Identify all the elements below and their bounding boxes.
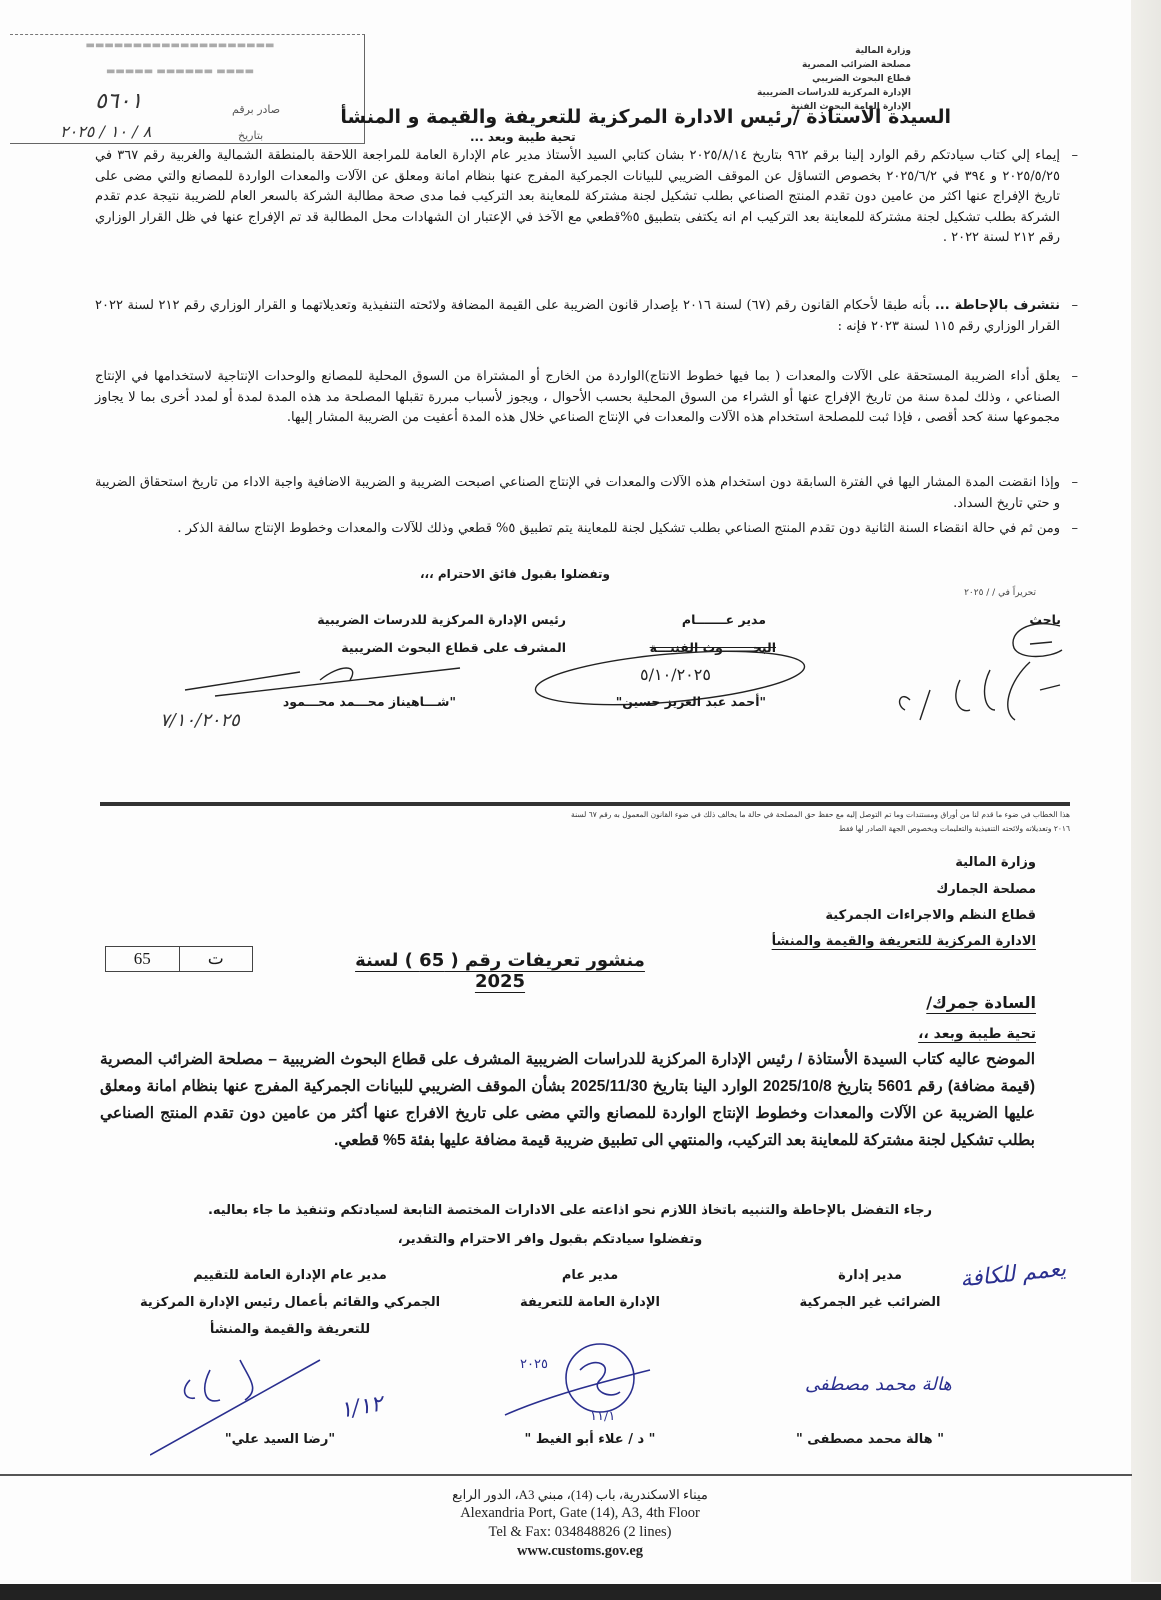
signature-alaa-stamp: ٢٠٢٥ ١١/١ bbox=[500, 1340, 660, 1430]
org-ministry: وزارة المالية bbox=[955, 855, 1036, 870]
letter-paragraph: – يعلق أداء الضريبة المستحقة على الآلات … bbox=[95, 367, 1060, 473]
margin-handwritten-note: يعمم للكافة bbox=[959, 1257, 1067, 1293]
gm-title-line1: مدير عـــــــام bbox=[682, 612, 766, 627]
header-line: مصلحة الضرائب المصرية bbox=[757, 58, 911, 72]
signatory-title-line: مدير عام الإدارة العامة للتقييم bbox=[120, 1262, 460, 1289]
letter-paragraph: – ومن ثم في حالة انقضاء السنة الثانية دو… bbox=[95, 519, 1060, 563]
signatory-tax-manager: مدير إدارة الضرائب غير الجمركية bbox=[770, 1262, 970, 1316]
letter-addressee: السيدة الاستاذة /رئيس الادارة المركزية ل… bbox=[340, 106, 951, 128]
header-line: وزارة المالية bbox=[757, 44, 911, 58]
bullet-dash: – bbox=[1072, 367, 1079, 388]
ref-label: ت bbox=[179, 947, 253, 971]
circular-reference-box: 65 ت bbox=[105, 946, 253, 972]
stamp-subheader-faded: ▬▬▬▬ ▬▬▬▬▬▬ ▬▬▬▬▬ bbox=[30, 66, 330, 78]
signature-hala: هالة محمد مصطفى bbox=[805, 1374, 952, 1395]
bullet-dash: – bbox=[1072, 296, 1079, 317]
svg-text:٥/١٠/٢٠٢٥: ٥/١٠/٢٠٢٥ bbox=[640, 665, 711, 684]
circular-greeting: تحية طيبة وبعد ،، bbox=[918, 1026, 1036, 1042]
org-department: الادارة المركزية للتعريفة والقيمة والمنش… bbox=[772, 934, 1036, 949]
stamp-header-faded: ▬▬▬▬▬▬▬▬▬▬▬▬▬▬▬▬▬▬▬▬ bbox=[30, 40, 330, 52]
signatory-name-hala: " هالة محمد مصطفى " bbox=[770, 1426, 970, 1453]
footer-address-english: Alexandria Port, Gate (14), A3, 4th Floo… bbox=[300, 1504, 860, 1523]
scan-bottom-edge bbox=[0, 1584, 1161, 1600]
circular-body: الموضح عاليه كتاب السيدة الأستاذة / رئيس… bbox=[100, 1046, 1035, 1154]
gm-name: "أحمد عبد العزيز حسين" bbox=[616, 694, 766, 709]
signatory-name-reda: "رضا السيد علي" bbox=[200, 1426, 360, 1453]
signatory-name-alaa: " د / علاء أبو الغيط " bbox=[480, 1426, 700, 1453]
circular-request: رجاء التفضل بالإحاطة والتنبيه باتخاذ الل… bbox=[110, 1203, 1030, 1218]
signatory-valuation-gm: مدير عام الإدارة العامة للتقييم الجمركي … bbox=[120, 1262, 460, 1343]
ref-number: 65 bbox=[106, 947, 179, 971]
head-name: "شـــاهيناز محـــمد محـــمود bbox=[283, 694, 456, 709]
stamp-date-label: بتاريخ bbox=[238, 129, 263, 142]
footer-block: ميناء الاسكندرية، باب (14)، مبني A3، الد… bbox=[300, 1485, 860, 1561]
circular-title: منشور تعريفات رقم ( 65 ) لسنة 2025 bbox=[340, 950, 660, 992]
outgoing-number-label: صادر برقم bbox=[232, 103, 280, 116]
signatory-title-line: الجمركي والقائم بأعمال رئيس الإدارة المر… bbox=[120, 1289, 460, 1316]
document-page: ▬▬▬▬▬▬▬▬▬▬▬▬▬▬▬▬▬▬▬▬ ▬▬▬▬ ▬▬▬▬▬▬ ▬▬▬▬▬ ص… bbox=[0, 0, 1161, 1600]
outgoing-number: ٥٦٠١ bbox=[95, 89, 142, 114]
circular-salutation: السادة جمرك/ bbox=[926, 993, 1036, 1012]
letter-date-line: تحريراً في / / ٢٠٢٥ bbox=[964, 588, 1036, 598]
footnote-divider bbox=[100, 802, 1070, 806]
signatory-title-line: مدير إدارة bbox=[770, 1262, 970, 1289]
head-title-line1: رئيس الإدارة المركزية للدرسات الضريبية bbox=[317, 612, 566, 627]
footer-phone: Tel & Fax: 034848826 (2 lines) bbox=[300, 1523, 860, 1542]
page-edge-shadow bbox=[1131, 0, 1161, 1582]
footnote-line-1: هذا الخطاب في ضوء ما قدم لنا من أوراق وم… bbox=[100, 810, 1070, 819]
letter-header-block: وزارة المالية مصلحة الضرائب المصرية قطاع… bbox=[757, 44, 911, 114]
letter-body: – إيماء إلي كتاب سيادتكم رقم الوارد إلين… bbox=[95, 146, 1060, 563]
signatory-title-line: الإدارة العامة للتعريفة bbox=[480, 1289, 700, 1316]
stamp-date: ٨ / ١٠ / ٢٠٢٥ bbox=[60, 122, 151, 141]
header-line: قطاع البحوث الضريبي bbox=[757, 72, 911, 86]
signatory-title-line: الضرائب غير الجمركية bbox=[770, 1289, 970, 1316]
letter-paragraph: – نتشرف بالإحاطة ... بأنه طبقا لأحكام ال… bbox=[95, 296, 1060, 364]
letter-greeting: تحية طيبة وبعد ... bbox=[470, 130, 576, 144]
bullet-dash: – bbox=[1072, 519, 1079, 540]
circular-closing: وتفضلوا سيادتكم بقبول وافر الاحترام والت… bbox=[300, 1232, 800, 1247]
footer-website-link[interactable]: www.customs.gov.eg bbox=[300, 1542, 860, 1561]
footer-divider bbox=[0, 1474, 1132, 1476]
footnote-line-2: ٢٠١٦ وتعديلاته ولائحته التنفيذية والتعلي… bbox=[100, 824, 1070, 833]
header-line: الإدارة المركزية للدراسات الضريبية bbox=[757, 86, 911, 100]
letter-paragraph: – إيماء إلي كتاب سيادتكم رقم الوارد إلين… bbox=[95, 146, 1060, 292]
letter-closing: وتفضلوا بقبول فائق الاحترام ،،، bbox=[420, 567, 610, 581]
reda-handwritten-date: ١/١٢ bbox=[338, 1391, 385, 1423]
signatory-title-line: للتعريفة والقيمة والمنشأ bbox=[120, 1316, 460, 1343]
head-handwritten-date: ٧/١٠/٢٠٢٥ bbox=[160, 710, 240, 731]
signatory-title-line: مدير عام bbox=[480, 1262, 700, 1289]
svg-text:١١/١: ١١/١ bbox=[590, 1409, 615, 1424]
org-authority: مصلحة الجمارك bbox=[936, 882, 1036, 897]
bullet-dash: – bbox=[1072, 146, 1079, 167]
paragraph-lead: نتشرف بالإحاطة ... bbox=[935, 298, 1060, 313]
org-sector: قطاع النظم والاجراءات الجمركية bbox=[825, 908, 1036, 923]
svg-text:٢٠٢٥: ٢٠٢٥ bbox=[520, 1357, 548, 1372]
bullet-dash: – bbox=[1072, 473, 1079, 494]
footer-address-arabic: ميناء الاسكندرية، باب (14)، مبني A3، الد… bbox=[300, 1485, 860, 1504]
researcher-signature-scribble bbox=[890, 650, 1080, 730]
letter-paragraph: – وإذا انقضت المدة المشار اليها في الفتر… bbox=[95, 473, 1060, 519]
signatory-tariff-gm: مدير عام الإدارة العامة للتعريفة bbox=[480, 1262, 700, 1316]
